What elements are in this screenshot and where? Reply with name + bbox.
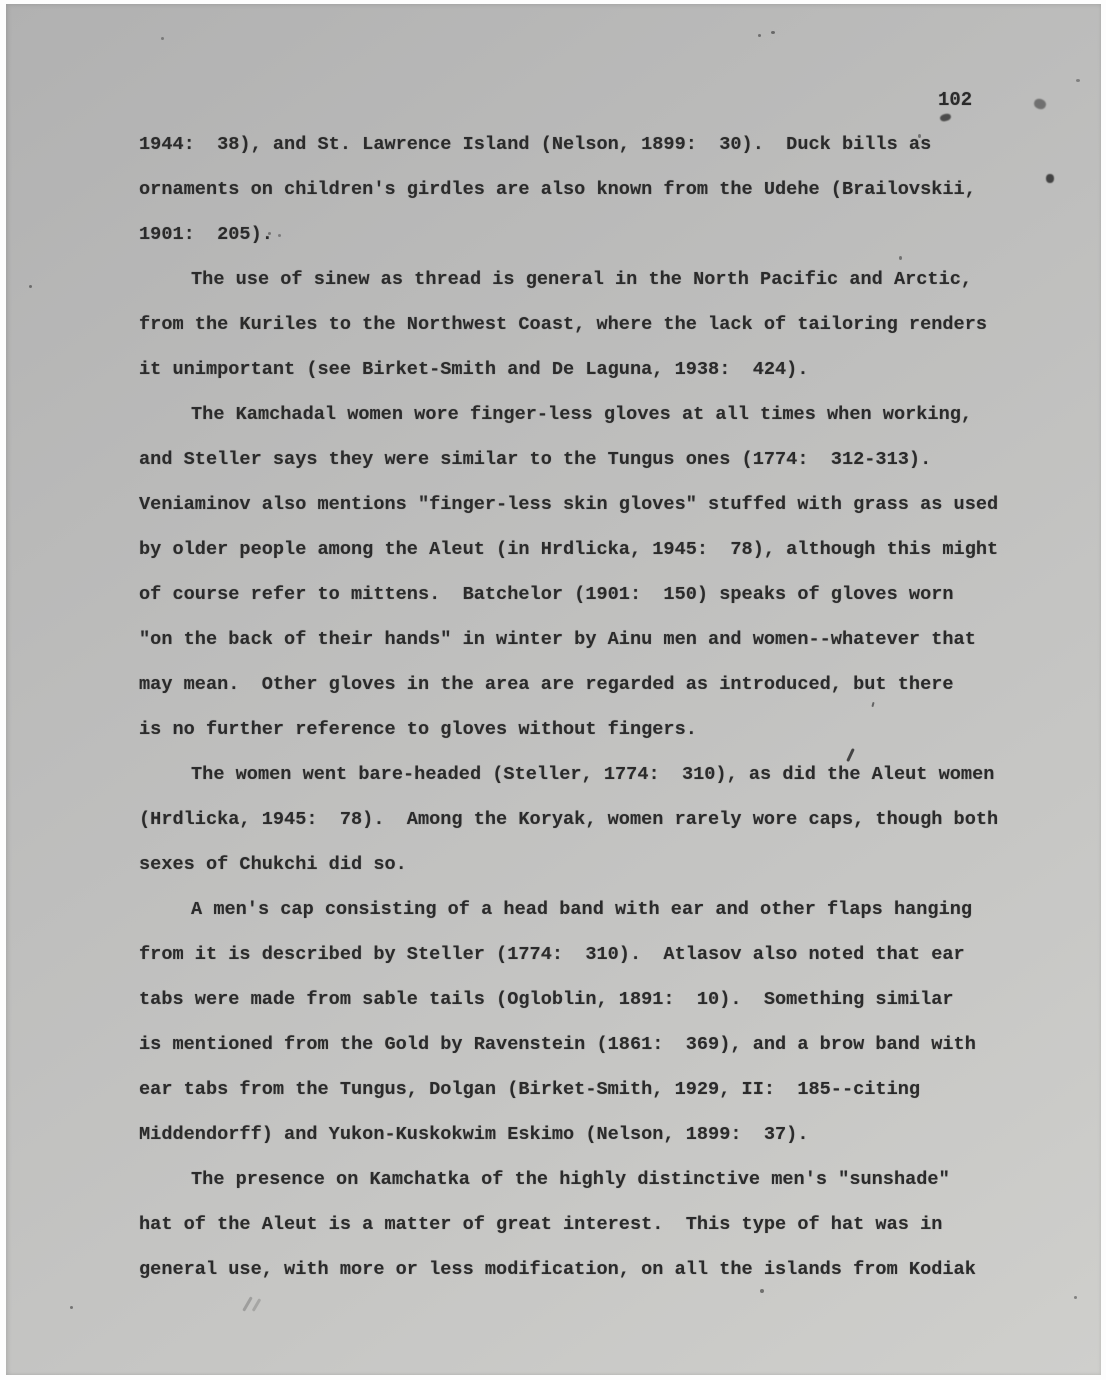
text-body: 1944: 38), and St. Lawrence Island (Nels… (139, 122, 1099, 1292)
text-line: hat of the Aleut is a matter of great in… (139, 1202, 1099, 1247)
scanned-page: 102 1944: 38), and St. Lawrence Island (… (6, 4, 1101, 1375)
dot-mark (899, 256, 902, 260)
text-line: tabs were made from sable tails (Oglobli… (139, 977, 1099, 1022)
dot-mark (1076, 79, 1080, 82)
text-line: is no further reference to gloves withou… (139, 707, 1099, 752)
text-line: by older people among the Aleut (in Hrdl… (139, 527, 1099, 572)
text-line: 1901: 205). (139, 212, 1099, 257)
dot-mark (760, 1289, 764, 1293)
text-line: of course refer to mittens. Batchelor (1… (139, 572, 1099, 617)
scanner-background: 102 1944: 38), and St. Lawrence Island (… (0, 0, 1106, 1380)
text-line: "on the back of their hands" in winter b… (139, 617, 1099, 662)
text-line: The use of sinew as thread is general in… (139, 257, 1099, 302)
text-line: A men's cap consisting of a head band wi… (139, 887, 1099, 932)
text-line: and Steller says they were similar to th… (139, 437, 1099, 482)
dot-mark (29, 285, 32, 288)
dot-mark (918, 134, 921, 138)
smudge-mark (1033, 97, 1048, 111)
text-line: 1944: 38), and St. Lawrence Island (Nels… (139, 122, 1099, 167)
text-line: The women went bare-headed (Steller, 177… (139, 752, 1099, 797)
text-line: (Hrdlicka, 1945: 78). Among the Koryak, … (139, 797, 1099, 842)
text-line: ear tabs from the Tungus, Dolgan (Birket… (139, 1067, 1099, 1112)
text-line: it unimportant (see Birket-Smith and De … (139, 347, 1099, 392)
text-line: ornaments on children's girdles are also… (139, 167, 1099, 212)
dot-mark (771, 31, 775, 34)
dot-mark (278, 234, 281, 237)
smudge-mark (1046, 174, 1054, 183)
text-line: from the Kuriles to the Northwest Coast,… (139, 302, 1099, 347)
text-line: sexes of Chukchi did so. (139, 842, 1099, 887)
dot-mark (268, 232, 271, 235)
smudge-mark (939, 113, 951, 123)
text-line: The Kamchadal women wore finger-less glo… (139, 392, 1099, 437)
dot-mark (1074, 1296, 1077, 1299)
slash-mark (252, 1298, 262, 1312)
text-line: The presence on Kamchatka of the highly … (139, 1157, 1099, 1202)
dot-mark (70, 1306, 73, 1309)
text-line: from it is described by Steller (1774: 3… (139, 932, 1099, 977)
dot-mark (161, 37, 164, 40)
text-line: general use, with more or less modificat… (139, 1247, 1099, 1292)
text-line: may mean. Other gloves in the area are r… (139, 662, 1099, 707)
text-line: Veniaminov also mentions "finger-less sk… (139, 482, 1099, 527)
dot-mark (758, 34, 761, 37)
text-line: is mentioned from the Gold by Ravenstein… (139, 1022, 1099, 1067)
page-number: 102 (938, 90, 972, 110)
text-line: Middendorff) and Yukon-Kuskokwim Eskimo … (139, 1112, 1099, 1157)
